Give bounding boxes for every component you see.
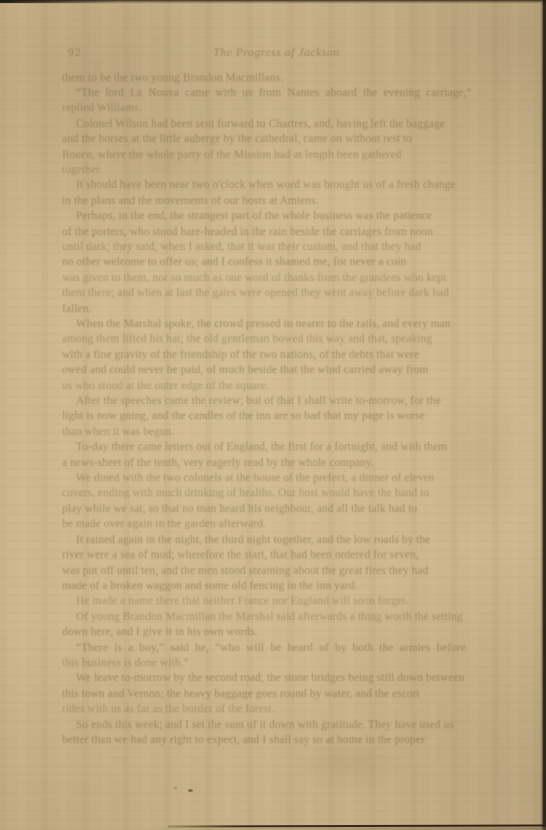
- text-line: them to be the two young Brandon Macmill…: [62, 71, 491, 86]
- text-line: fallen.: [62, 302, 491, 317]
- text-line: It should have been near two o'clock whe…: [62, 178, 491, 193]
- text-line: We dined with the two colonels at the ho…: [62, 471, 491, 486]
- text-line: made of a broken waggon and some old fen…: [62, 579, 491, 594]
- text-line: Of young Brandon Macmillan the Marshal s…: [62, 610, 491, 625]
- text-line: To-day there came letters out of England…: [62, 440, 491, 455]
- text-line: this town and Vernon; the heavy baggage …: [62, 687, 491, 702]
- text-line: When the Marshal spoke, the crowd presse…: [62, 317, 491, 332]
- running-title: The Progress of Jackson: [62, 45, 491, 61]
- text-line: After the speeches came the review; but …: [62, 394, 491, 409]
- text-line: “The lord La Nouva came with us from Nan…: [62, 86, 491, 101]
- text-line: “There is a boy,” said he, “who will be …: [62, 641, 491, 656]
- text-line: with a fine gravity of the friendship of…: [62, 348, 491, 363]
- scan-top-edge: [0, 0, 546, 4]
- text-line: and the horses at the little auberge by …: [62, 132, 491, 147]
- text-line: of the porters, who stood bare-headed in…: [62, 225, 491, 240]
- text-line: So ends this week; and I set the sum of …: [62, 718, 491, 733]
- text-line: Colonel Wilson had been sent forward to …: [62, 117, 491, 132]
- text-line: be made over again in the garden afterwa…: [62, 517, 491, 532]
- text-line: no other welcome to offer us; and I conf…: [62, 255, 491, 270]
- text-line: was put off until ten, and the men stood…: [62, 564, 491, 579]
- ink-speck: [188, 789, 193, 792]
- text-line: replied Williams.: [62, 101, 491, 116]
- text-line: covers, ending with much drinking of hea…: [62, 486, 491, 501]
- text-line: river were a sea of mud; wherefore the s…: [62, 548, 491, 563]
- text-line: He made a name there that neither France…: [62, 594, 491, 609]
- text-line: better than we had any right to expect, …: [62, 733, 491, 748]
- text-line: play while we sat, so that no man heard …: [62, 502, 491, 517]
- text-line: rides with us as far as the border of th…: [62, 702, 491, 717]
- text-line: Rouen, where the whole party of the Miss…: [62, 148, 491, 163]
- text-line: Perhaps, in the end, the strangest part …: [62, 209, 491, 224]
- text-line: was given to them, nor so much as one wo…: [62, 271, 491, 286]
- running-header: 92 The Progress of Jackson: [62, 45, 491, 61]
- text-line: together.: [62, 163, 491, 178]
- text-line: in the plans and the movements of our ho…: [62, 194, 491, 209]
- text-line: until dark; they said, when I asked, tha…: [62, 240, 491, 255]
- text-line: them there; and when at last the gates w…: [62, 286, 491, 301]
- text-line: We leave to-morrow by the second road, t…: [62, 671, 491, 686]
- ink-speck: [174, 787, 177, 789]
- scan-right-page-edge: [540, 0, 546, 830]
- text-line: down here, and I give it in his own word…: [62, 625, 491, 640]
- scanned-book-page: 92 The Progress of Jackson them to be th…: [0, 0, 546, 830]
- text-line: than when it was begun.: [62, 425, 491, 440]
- text-line: It rained again in the night, the third …: [62, 533, 491, 548]
- body-text-block: them to be the two young Brandon Macmill…: [62, 71, 491, 749]
- text-line: a news-sheet of the tenth, very eagerly …: [62, 456, 491, 471]
- text-line: light is now going, and the candles of t…: [62, 409, 491, 424]
- text-line: us who stood at the outer edge of the sq…: [62, 379, 491, 394]
- text-line: owed and could never be paid, of much be…: [62, 363, 491, 378]
- text-line: among them lifted his hat; the old gentl…: [62, 332, 491, 347]
- text-line: this business is done with.”: [62, 656, 491, 671]
